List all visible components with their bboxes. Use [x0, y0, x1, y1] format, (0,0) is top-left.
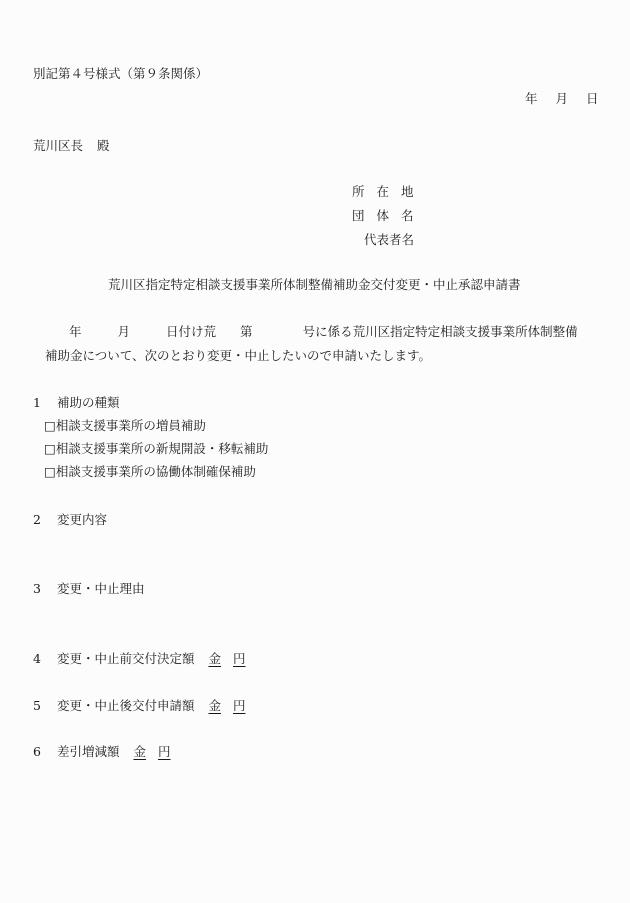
location-label: 所在地 [352, 186, 414, 199]
checkbox-label: 相談支援事業所の新規開設・移転補助 [56, 441, 269, 456]
checkbox-item-new-opening-relocation[interactable]: □相談支援事業所の新規開設・移転補助 [44, 443, 268, 456]
amount-field[interactable]: 金円 [208, 651, 245, 666]
date-line: 年月日 [525, 93, 599, 106]
date-year-label: 年 [525, 91, 538, 106]
form-number: 別記第４号様式（第９条関係） [33, 68, 208, 81]
addressee-honorific: 殿 [97, 138, 110, 153]
section-3-heading: 3変更・中止理由 [33, 583, 144, 596]
ref-year-label: 年 [69, 324, 82, 339]
date-month-label: 月 [556, 91, 569, 106]
section-6-heading: 6差引増減額金円 [33, 746, 171, 759]
section-label: 補助の種類 [57, 395, 120, 410]
ref-month-label: 月 [118, 324, 131, 339]
checkbox-label: 相談支援事業所の増員補助 [56, 418, 206, 433]
ref-day-label: 日付け荒 [166, 324, 216, 339]
section-number: 5 [33, 698, 41, 713]
checkbox-item-collaboration[interactable]: □相談支援事業所の協働体制確保補助 [44, 466, 256, 479]
section-label: 変更・中止後交付申請額 [57, 698, 195, 713]
amount-field[interactable]: 金円 [208, 698, 245, 713]
checkbox-icon[interactable]: □ [44, 441, 56, 456]
ref-no-prefix: 第 [240, 324, 253, 339]
section-1-heading: 1補助の種類 [33, 397, 119, 410]
body-line-2: 補助金について、次のとおり変更・中止したいので申請いたします。 [45, 350, 431, 363]
checkbox-icon[interactable]: □ [44, 464, 56, 479]
section-number: 3 [33, 581, 41, 596]
section-label: 変更・中止理由 [57, 581, 145, 596]
addressee-name: 荒川区長 [33, 138, 83, 153]
section-number: 4 [33, 651, 41, 666]
section-number: 2 [33, 512, 41, 527]
addressee: 荒川区長殿 [33, 140, 110, 153]
section-number: 1 [33, 395, 41, 410]
org-name-label: 団体名 [352, 210, 414, 223]
section-label: 差引増減額 [57, 744, 120, 759]
section-number: 6 [33, 744, 41, 759]
checkbox-label: 相談支援事業所の協働体制確保補助 [56, 464, 256, 479]
checkbox-icon[interactable]: □ [44, 418, 56, 433]
body-line-1: 年月日付け荒第号に係る荒川区指定特定相談支援事業所体制整備 [33, 326, 578, 339]
section-2-heading: 2変更内容 [33, 514, 107, 527]
section-4-heading: 4変更・中止前交付決定額金円 [33, 653, 246, 666]
document-title: 荒川区指定特定相談支援事業所体制整備補助金交付変更・中止承認申請書 [108, 279, 521, 292]
date-day-label: 日 [586, 91, 599, 106]
section-label: 変更内容 [57, 512, 107, 527]
body-line-1-rest: 号に係る荒川区指定特定相談支援事業所体制整備 [303, 324, 578, 339]
checkbox-item-staff-increase[interactable]: □相談支援事業所の増員補助 [44, 420, 206, 433]
section-label: 変更・中止前交付決定額 [57, 651, 195, 666]
amount-field[interactable]: 金円 [133, 744, 170, 759]
section-5-heading: 5変更・中止後交付申請額金円 [33, 700, 246, 713]
representative-label: 代表者名 [364, 234, 414, 247]
